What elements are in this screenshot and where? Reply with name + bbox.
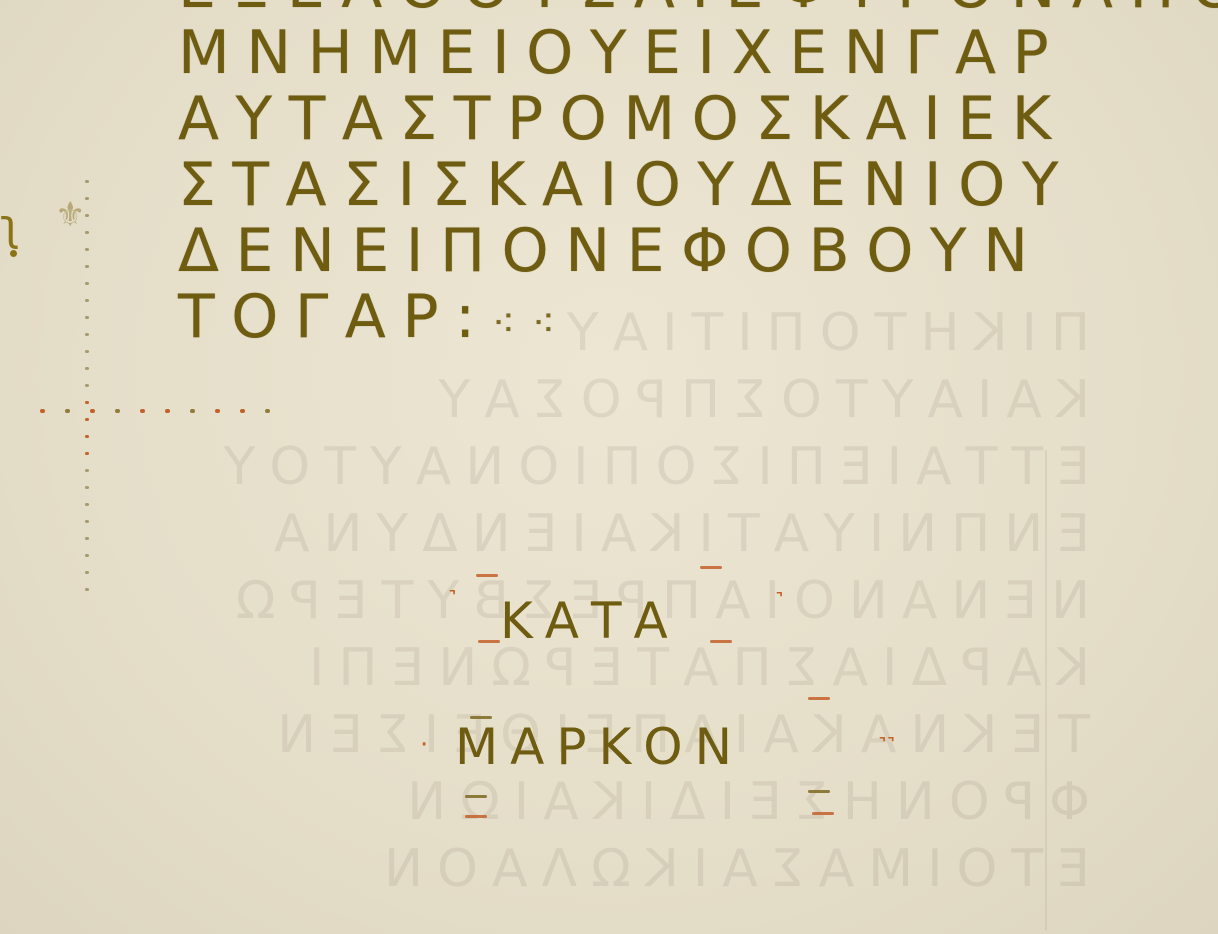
marginal-dot-icon bbox=[10, 250, 17, 257]
rubric-dash-icon bbox=[710, 640, 732, 643]
coronis-dotted-line-icon bbox=[80, 180, 94, 700]
text-line-partial: ΕΞΕΛΘΟΥΣΑΙΕΦΥΓΟΝΑΠΟΤΟΥ bbox=[178, 0, 1218, 20]
ghost-line: ΚΑΙΑΥΤΟΣΠΡΟΣΑΥ bbox=[150, 367, 1090, 434]
manuscript-page: ΠΙΚΗΤΟΠΙΤΙΑΥ ΚΑΙΑΥΤΟΣΠΡΟΣΑΥ ΕΤΤΑΙΕΠΙΣΟΠΙ… bbox=[0, 0, 1218, 934]
subscription-line-2: ΜΑΡΚΟΝ bbox=[455, 718, 744, 776]
end-mark: ⁖⁖ bbox=[492, 301, 572, 347]
ghost-line: ΕΝΠΝΙΥΑΤΙΚΑΙΕΝΔΥΝΑ bbox=[150, 501, 1090, 568]
rubric-dot-row-icon bbox=[40, 398, 290, 417]
ruling-line bbox=[1045, 450, 1047, 930]
rubric-squiggle-icon: ˺˺ bbox=[878, 735, 895, 761]
rubric-dash-icon bbox=[808, 790, 830, 793]
rubric-dash-icon bbox=[812, 812, 834, 815]
marginal-hook-icon: ʅ bbox=[0, 200, 20, 251]
rubric-dot-icon: · bbox=[420, 732, 428, 758]
rubric-dash-icon bbox=[465, 795, 487, 798]
rubric-dash-icon bbox=[476, 574, 498, 577]
text-line: ΑΥΤΑΣΤΡΟΜΟΣΚΑΙΕΚ bbox=[178, 86, 1218, 152]
ghost-line: ΦΡΟΝΗΣΕΙΔΙΚΑΙΩΝ bbox=[150, 769, 1090, 836]
text-column: ΕΞΕΛΘΟΥΣΑΙΕΦΥΓΟΝΑΠΟΤΟΥ ΜΝΗΜΕΙΟΥΕΙΧΕΝΓΑΡ … bbox=[178, 0, 1218, 357]
rubric-dash-icon bbox=[808, 697, 830, 700]
rubric-dash-icon bbox=[465, 815, 487, 818]
subscription-line-1: ΚΑΤΑ bbox=[500, 592, 680, 650]
rubric-squiggle-icon: ˺ bbox=[448, 588, 457, 614]
rubric-dash-icon bbox=[470, 716, 492, 719]
final-words: ΤΟΓΑΡ: bbox=[178, 282, 492, 352]
rubric-dash-icon bbox=[700, 566, 722, 569]
ghost-line: ΕΤΟΙΜΑΣΑΙΚΩΛΑΟΝ bbox=[150, 836, 1090, 903]
ghost-line: ΕΤΤΑΙΕΠΙΣΟΠΙΟΝΑΥΤΟΥ bbox=[150, 434, 1090, 501]
text-line: ΔΕΝΕΙΠΟΝΕΦΟΒΟΥΝ bbox=[178, 218, 1218, 284]
text-line: ΜΝΗΜΕΙΟΥΕΙΧΕΝΓΑΡ bbox=[178, 20, 1218, 86]
text-line: ΣΤΑΣΙΣΚΑΙΟΥΔΕΝΙΟΥ bbox=[178, 152, 1218, 218]
rubric-squiggle-icon: ˺ bbox=[775, 590, 784, 616]
text-line-final: ΤΟΓΑΡ:⁖⁖ bbox=[178, 284, 1218, 357]
rubric-dash-icon bbox=[478, 640, 500, 643]
